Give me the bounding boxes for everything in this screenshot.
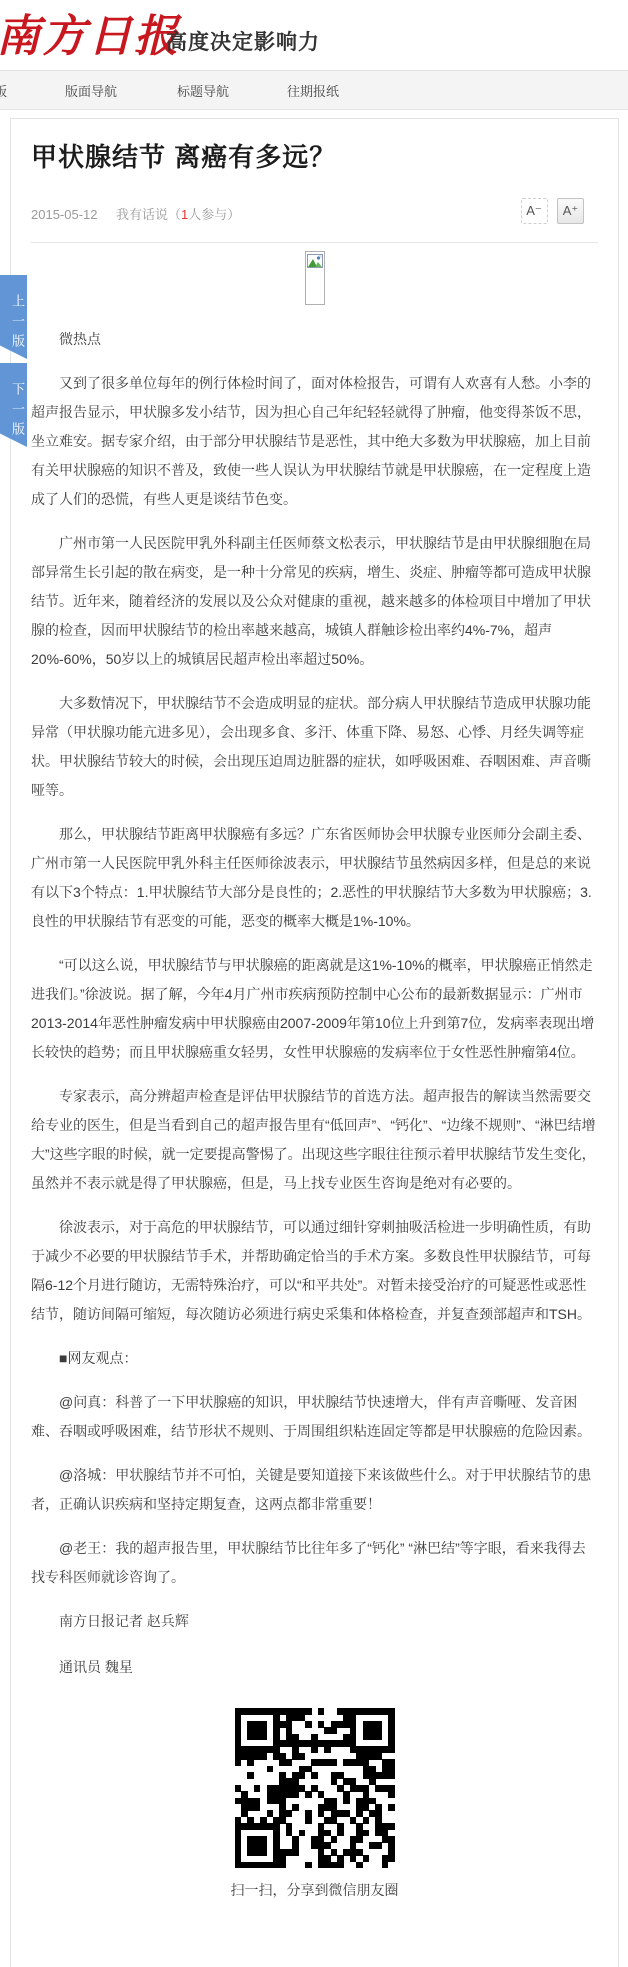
article-title: 甲状腺结节 离癌有多远？	[31, 137, 598, 174]
paragraph: 专家表示，高分辨超声检查是评估甲状腺结节的首选方法。超声报告的解读当然需要交给专…	[31, 1082, 598, 1198]
byline-correspondent: 通讯员 魏星	[31, 1653, 598, 1682]
paragraph: 广州市第一人民医院甲乳外科副主任医师蔡文松表示，甲状腺结节是由甲状腺细胞在局部异…	[31, 529, 598, 674]
paragraph: 又到了很多单位每年的例行体检时间了，面对体检报告，可谓有人欢喜有人愁。小李的超声…	[31, 369, 598, 514]
divider	[31, 242, 598, 243]
comment-suffix: 人参与）	[188, 207, 240, 222]
article-body: 微热点 又到了很多单位每年的例行体检时间了，面对体检报告，可谓有人欢喜有人愁。小…	[31, 325, 598, 1682]
paragraph: 大多数情况下，甲状腺结节不会造成明显的症状。部分病人甲状腺结节造成甲状腺功能异常…	[31, 689, 598, 805]
next-page-tab[interactable]: 下一版	[0, 363, 27, 447]
top-nav: 版 版面导航 标题导航 往期报纸	[0, 70, 628, 110]
nav-item-past-papers[interactable]: 往期报纸	[287, 81, 339, 100]
article-meta-row: 2015-05-12 我有话说（1人参与） A⁻ A⁺	[31, 204, 598, 230]
byline-reporter: 南方日报记者 赵兵辉	[31, 1607, 598, 1636]
newspaper-logo: 南方日报	[0, 0, 180, 62]
netizen-comment: @问真：科普了一下甲状腺癌的知识，甲状腺结节快速增大，伴有声音嘶哑、发音困难、吞…	[31, 1388, 598, 1446]
article-image-placeholder	[31, 251, 598, 309]
qr-share-block: 扫一扫，分享到微信朋友圈	[31, 1708, 598, 1900]
masthead-slogan: 高度决定影响力	[166, 26, 320, 56]
paragraph: “可以这么说，甲状腺结节与甲状腺癌的距离就是这1%-10%的概率，甲状腺癌正悄然…	[31, 951, 598, 1067]
font-decrease-button[interactable]: A⁻	[521, 198, 548, 224]
nav-item-page-navigation[interactable]: 版面导航	[65, 81, 117, 100]
font-size-controls: A⁻ A⁺	[516, 198, 584, 224]
netizen-comment: @老王：我的超声报告里，甲状腺结节比往年多了“钙化” “淋巴结”等字眼，看来我得…	[31, 1534, 598, 1592]
comment-label: 我有话说（	[116, 207, 181, 222]
broken-image-icon	[305, 251, 325, 305]
netizen-comment: @洛城：甲状腺结节并不可怕，关键是要知道接下来该做些什么。对于甲状腺结节的患者，…	[31, 1461, 598, 1519]
paragraph: 徐波表示，对于高危的甲状腺结节，可以通过细针穿刺抽吸活检进一步明确性质，有助于减…	[31, 1213, 598, 1329]
font-increase-button[interactable]: A⁺	[557, 198, 584, 224]
paragraph: 那么，甲状腺结节距离甲状腺癌有多远？广东省医师协会甲状腺专业医师分会副主委、广州…	[31, 820, 598, 936]
section-label: 微热点	[31, 325, 598, 354]
masthead: 南方日报 高度决定影响力	[0, 0, 628, 62]
opinion-header: ■网友观点：	[31, 1344, 598, 1373]
article-container: 甲状腺结节 离癌有多远？ 2015-05-12 我有话说（1人参与） A⁻ A⁺…	[10, 118, 619, 1967]
qr-code	[235, 1708, 395, 1868]
article-date: 2015-05-12	[31, 207, 98, 222]
prev-page-tab[interactable]: 上一版	[0, 275, 27, 359]
nav-item-edition[interactable]: 版	[0, 81, 10, 100]
qr-caption: 扫一扫，分享到微信朋友圈	[31, 1880, 598, 1900]
nav-item-title-navigation[interactable]: 标题导航	[177, 81, 229, 100]
comment-link[interactable]: 我有话说（1人参与）	[116, 207, 240, 222]
